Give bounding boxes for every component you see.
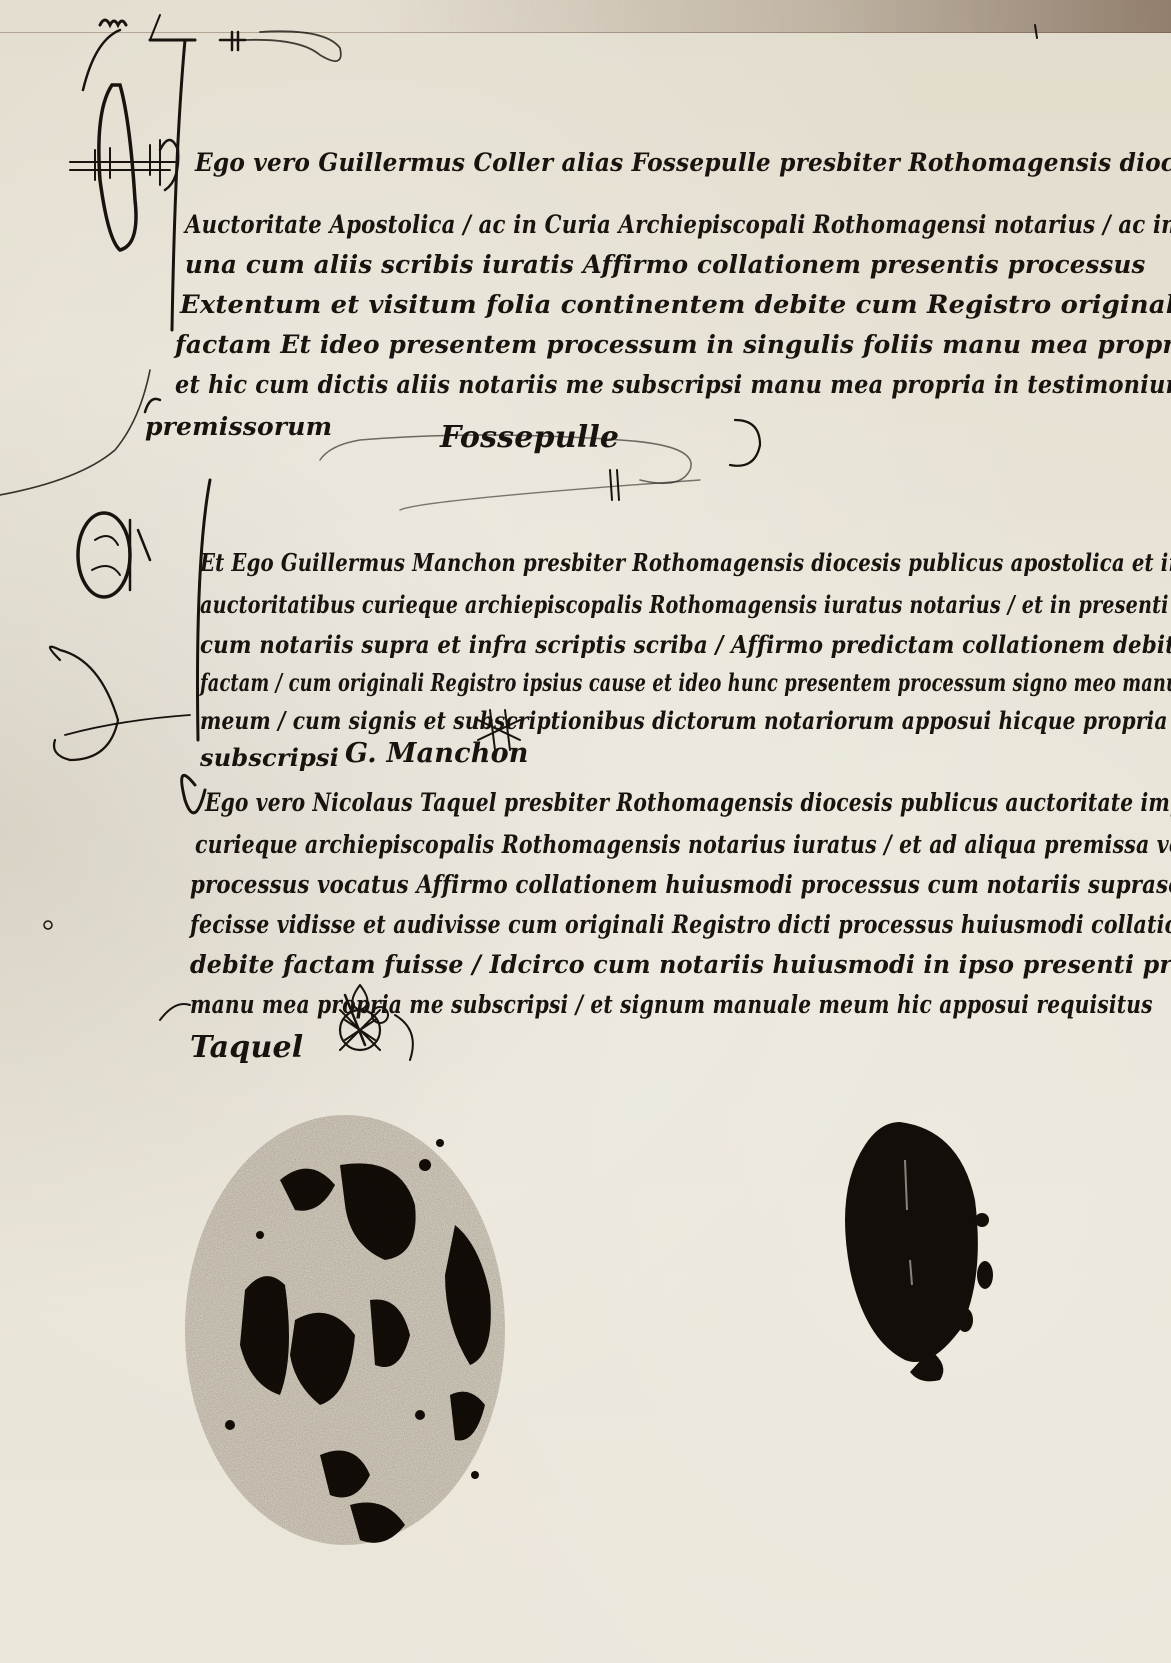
manuscript-page: Ego vero Guillermus Coller alias Fossepu… xyxy=(0,0,1171,1663)
text-line: una cum aliis scribis iuratis Affirmo co… xyxy=(185,250,1145,279)
text-line: Extentum et visitum folia continentem de… xyxy=(180,290,1171,319)
text-line: subscripsi xyxy=(200,743,339,772)
text-line: manu mea propria me subscripsi / et sign… xyxy=(190,990,1153,1019)
initial-E-2 xyxy=(78,513,130,597)
text-line: factam Et ideo presentem processum in si… xyxy=(175,330,1171,359)
margin-loop-flourish xyxy=(50,647,118,760)
header-cross xyxy=(220,32,245,50)
text-line: et hic cum dictis aliis notariis me subs… xyxy=(175,370,1171,399)
signature-manchon: G. Manchon xyxy=(345,738,529,769)
text-line: Auctoritate Apostolica / ac in Curia Arc… xyxy=(185,210,1171,239)
initial-E-1 xyxy=(99,85,136,250)
text-line: curieque archiepiscopalis Rothomagensis … xyxy=(195,830,1171,859)
left-wax-seal xyxy=(170,1095,520,1555)
header-initials-mark xyxy=(100,20,126,25)
signature-taquel: Taquel xyxy=(190,1030,303,1065)
text-line: auctoritatibus curieque archiepiscopalis… xyxy=(200,590,1171,619)
text-line: meum / cum signis et subscriptionibus di… xyxy=(200,706,1171,735)
text-line: factam / cum originali Registro ipsius c… xyxy=(200,668,1171,697)
margin-flourish-left xyxy=(0,370,150,495)
text-line: debite factam fuisse / Idcirco cum notar… xyxy=(190,950,1171,979)
signature-fossepulle: Fossepulle xyxy=(440,420,619,455)
text-line: fecisse vidisse et audivisse cum origina… xyxy=(190,910,1171,939)
text-line: Et Ego Guillermus Manchon presbiter Roth… xyxy=(200,548,1171,577)
text-line: processus vocatus Affirmo collationem hu… xyxy=(190,870,1171,899)
text-line: premissorum xyxy=(145,412,332,441)
text-line: cum notariis supra et infra scriptis scr… xyxy=(200,630,1171,659)
text-line: Ego vero Guillermus Coller alias Fossepu… xyxy=(195,148,1171,177)
initial-E-3 xyxy=(182,775,205,812)
text-line: Ego vero Nicolaus Taquel presbiter Rotho… xyxy=(205,788,1171,817)
right-wax-seal xyxy=(810,1110,1010,1390)
margin-rule-1 xyxy=(172,40,185,330)
